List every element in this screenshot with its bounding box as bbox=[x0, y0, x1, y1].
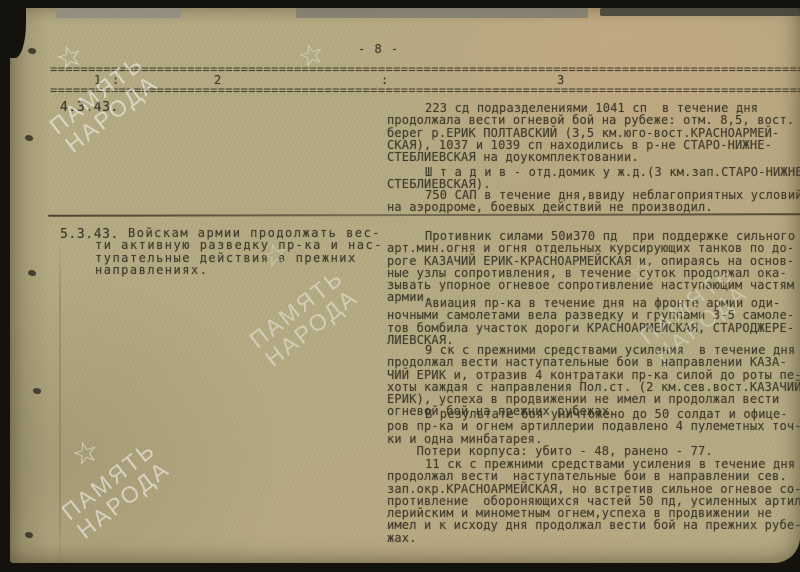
entry-date-4-3-43: 4.3.43. bbox=[60, 100, 119, 115]
section-divider-line bbox=[48, 213, 800, 217]
watermark-word: НАРОДА bbox=[72, 456, 175, 544]
paper-crease bbox=[59, 236, 61, 566]
entry-paragraph: 223 сд подразделениями 1041 сп в течение… bbox=[387, 102, 800, 163]
entry-paragraph: В результате боя уничтожено до 50 солдат… bbox=[387, 408, 800, 457]
table-rule-bottom: ========================================… bbox=[50, 85, 800, 96]
entry-paragraph: Ш т а д и в - отд.домик у ж.д.(3 км.зап.… bbox=[387, 166, 800, 191]
punch-hole bbox=[27, 47, 37, 56]
orders-paragraph: Войскам армии продолжать вес- ти активну… bbox=[95, 227, 383, 276]
watermark-word: ПАМЯТЬ bbox=[245, 265, 348, 353]
page-number: - 8 - bbox=[358, 42, 399, 56]
punch-hole bbox=[32, 387, 42, 396]
torn-edge bbox=[56, 8, 181, 18]
watermark-word: ПАМЯТЬ bbox=[57, 437, 160, 525]
pamyat-naroda-watermark: ПАМЯТЬ НАРОДА bbox=[245, 265, 363, 372]
entry-paragraph: 11 ск с прежними средствами усиления в т… bbox=[387, 458, 800, 544]
entry-paragraph: Противник силами 50и370 пд при поддержке… bbox=[387, 230, 800, 304]
punch-hole bbox=[24, 134, 34, 143]
torn-edge bbox=[600, 8, 800, 16]
punch-hole bbox=[27, 269, 37, 278]
watermark-word: НАРОДА bbox=[260, 284, 363, 372]
pamyat-naroda-watermark: ПАМЯТЬ НАРОДА bbox=[57, 437, 175, 544]
star-icon: ☆ bbox=[68, 433, 104, 474]
document-page: - 8 - ==================================… bbox=[10, 8, 800, 563]
punch-hole bbox=[24, 531, 34, 540]
torn-edge bbox=[296, 8, 588, 18]
scan-background: - 8 - ==================================… bbox=[0, 0, 800, 572]
entry-paragraph: Авиация пр-ка в течение дня на фронте ар… bbox=[387, 297, 800, 346]
entry-paragraph: 750 САП в течение дня,ввиду неблагоприят… bbox=[387, 189, 800, 214]
scan-corner-shadow bbox=[10, 8, 26, 58]
table-rule-top: ========================================… bbox=[50, 64, 800, 75]
